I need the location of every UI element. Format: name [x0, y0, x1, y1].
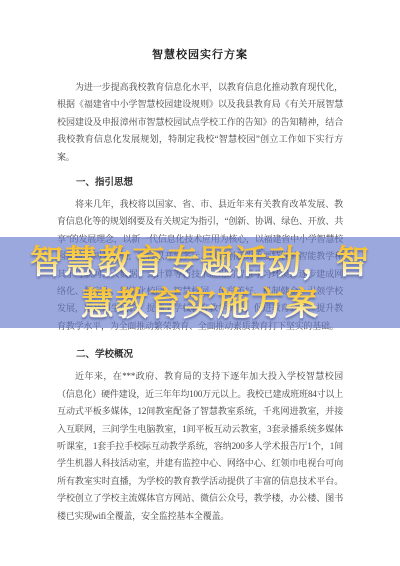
- overlay-title-line2: 慧教育实施方案: [30, 283, 370, 325]
- section2-paragraph: 近年来，在***政府、教育局的支持下逐年加大投入学校智慧校园（信息化）硬件建设，…: [57, 368, 343, 525]
- section1-heading: 一、指引思想: [57, 175, 343, 192]
- overlay-banner: 智慧教育专题活动，智 慧教育实施方案: [0, 237, 400, 328]
- overlay-title: 智慧教育专题活动，智 慧教育实施方案: [30, 241, 370, 325]
- intro-paragraph: 为进一步提高我校教育信息化水平，以教育信息化推动教育现代化，根据《福建省中小学智…: [57, 79, 343, 166]
- section2-heading: 二、学校概况: [57, 347, 343, 364]
- document-page: 智慧校园实行方案 为进一步提高我校教育信息化水平，以教育信息化推动教育现代化，根…: [0, 0, 400, 566]
- doc-title: 智慧校园实行方案: [57, 48, 343, 62]
- overlay-title-line1: 智慧教育专题活动，智: [30, 241, 370, 283]
